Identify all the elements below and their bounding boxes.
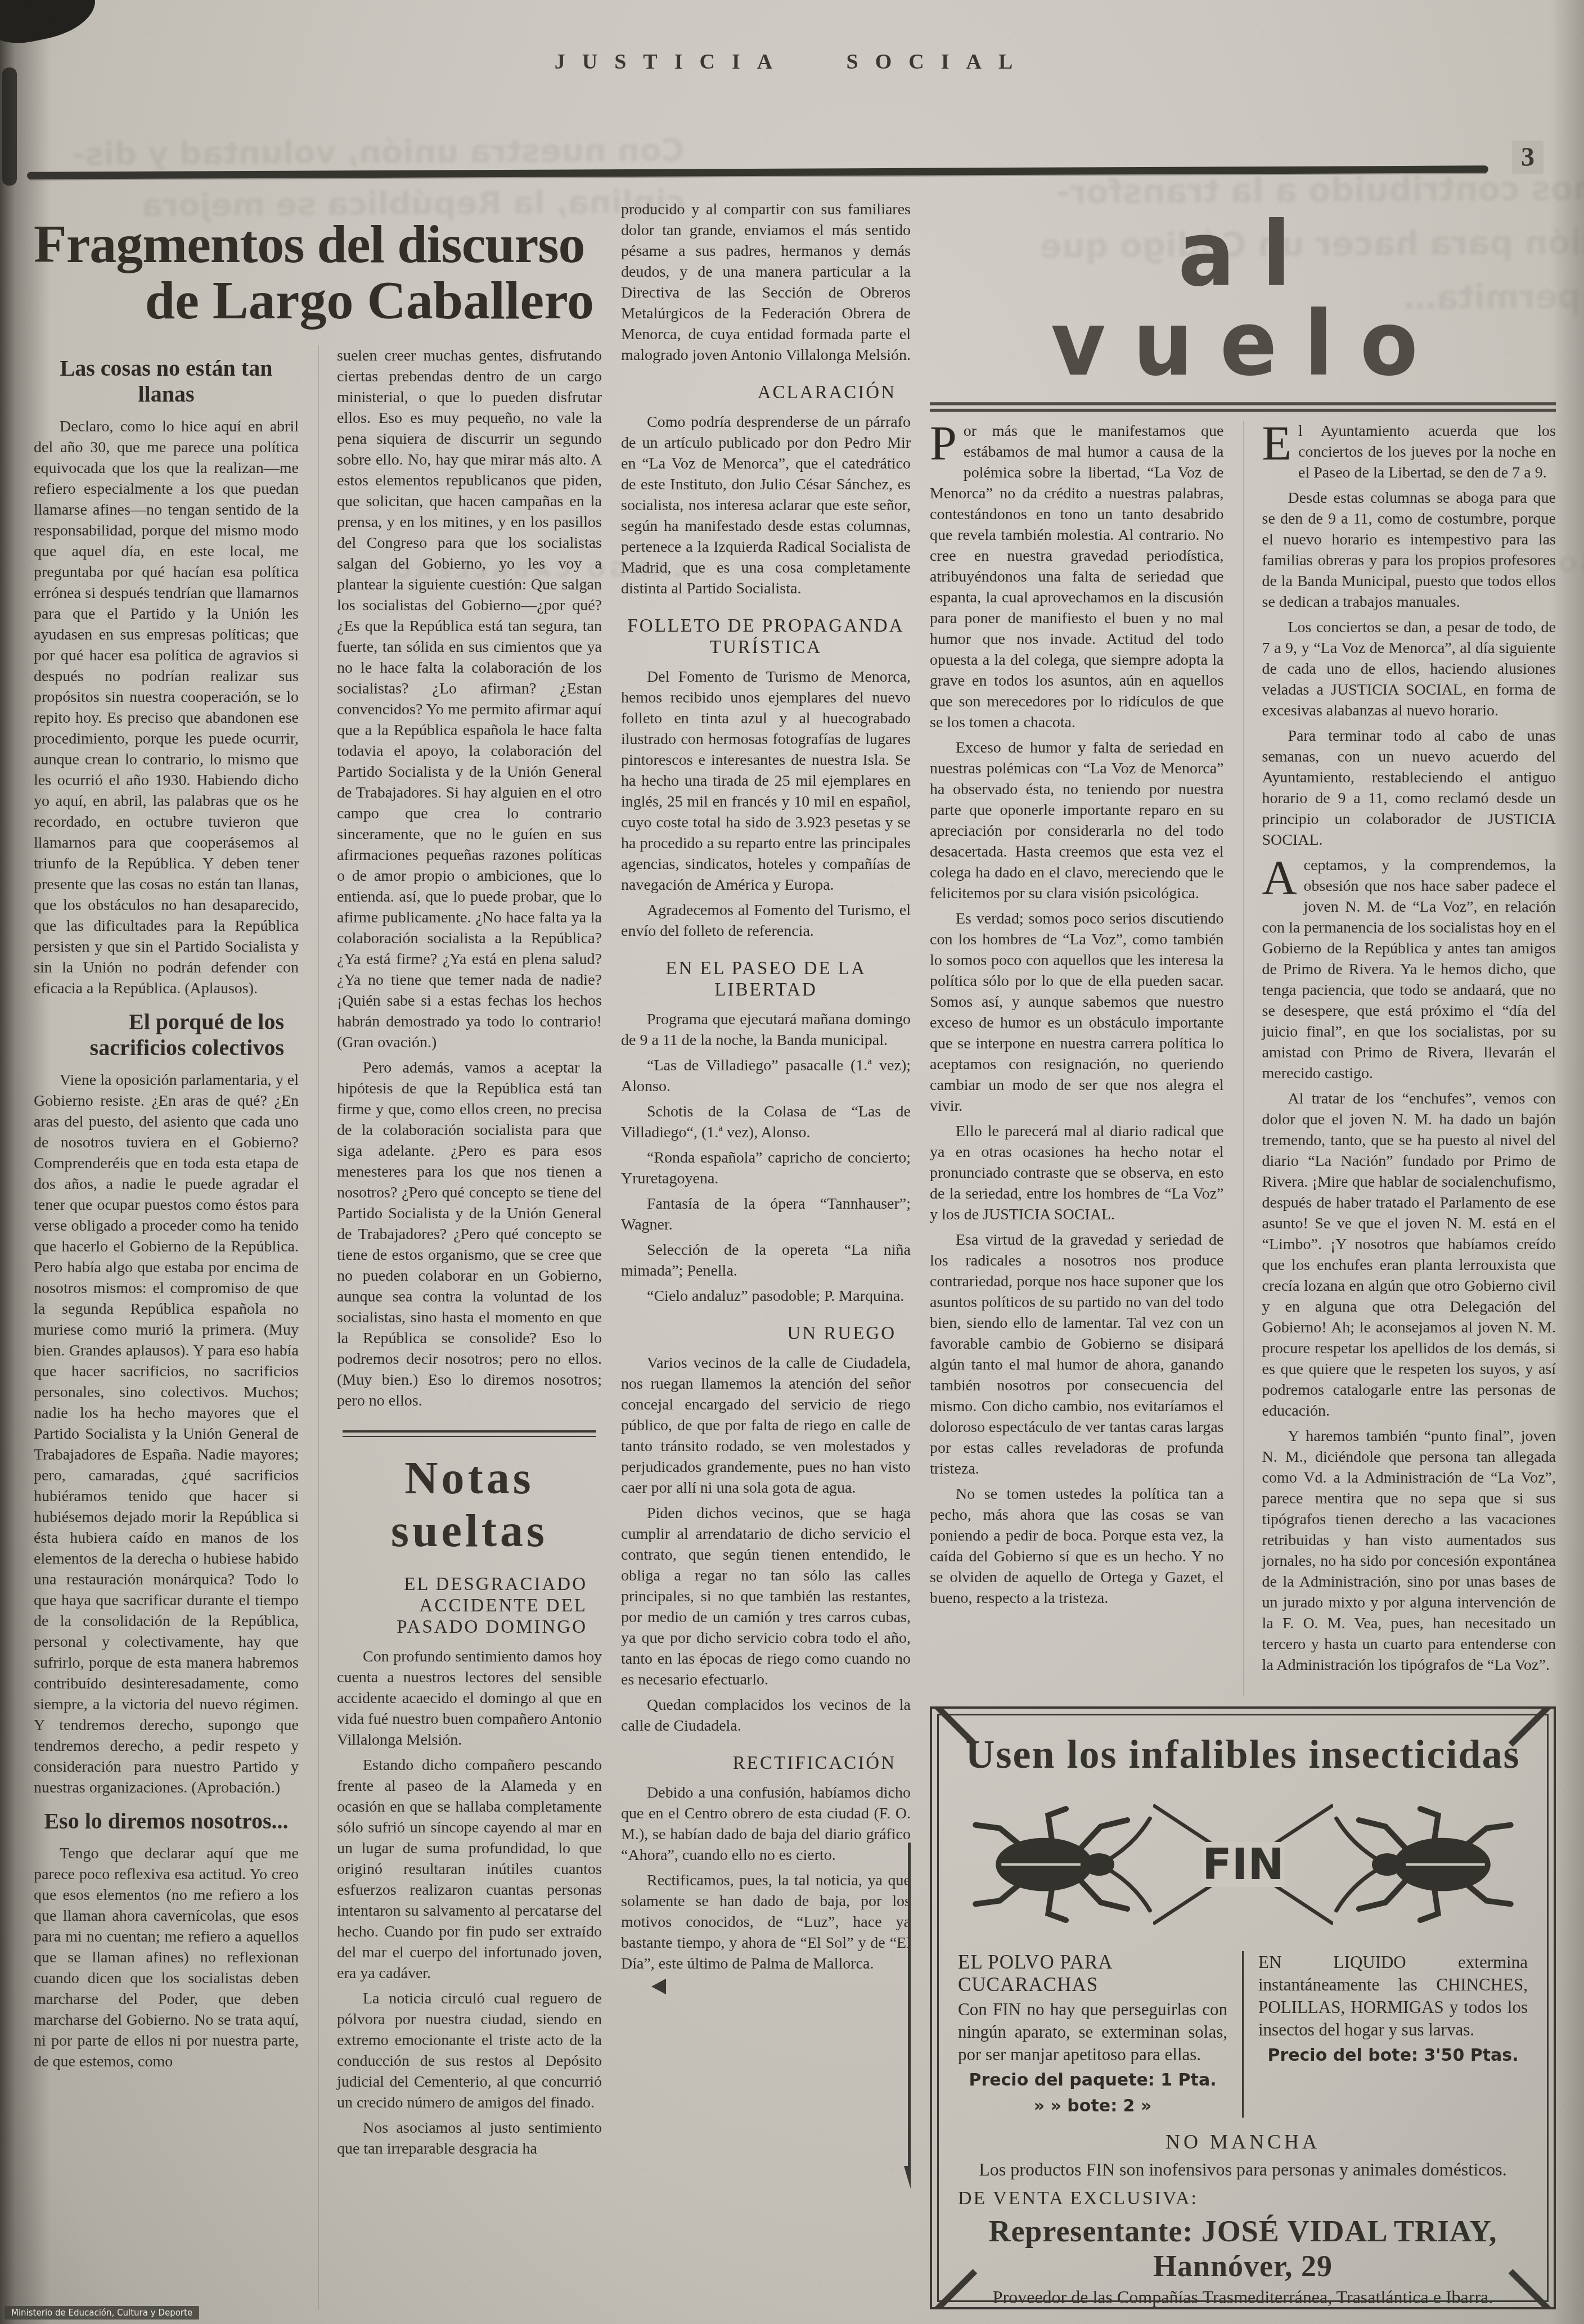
ad-powder-price-jar: » » bote: 2 » <box>958 2095 1227 2118</box>
pointer-arrow-icon <box>643 1979 666 1994</box>
paragraph: Del Fomento de Turismo de Menorca, hemos… <box>621 666 911 895</box>
paragraph: Estando dicho compañero pescando frente … <box>337 1755 602 1984</box>
ad-powder-body: Con FIN no hay que perseguirlas con ning… <box>958 1998 1227 2066</box>
speech-column-1: Las cosas no están tan llanasDeclaro, co… <box>34 345 299 2309</box>
drop-cap: E <box>1262 421 1299 463</box>
section-heading: ACLARACIÓN <box>621 382 911 404</box>
down-arrow-divider-icon <box>904 1843 911 2203</box>
paragraph: suelen creer muchas gentes, disfrutando … <box>337 345 602 1053</box>
al-vuelo-title: al vuelo <box>930 210 1556 412</box>
ad-corner-ornament <box>1509 1706 1556 1747</box>
ad-liquid-body: EN LIQUIDO extermina instantáneamente la… <box>1258 1951 1528 2041</box>
cockroach-icon <box>967 1800 1153 1929</box>
paragraph: Selección de la opereta “La niña mimada”… <box>621 1240 911 1281</box>
section-heading: Notas sueltas <box>337 1452 602 1558</box>
paragraph: “Cielo andaluz” pasodoble; P. Marquina. <box>621 1286 911 1307</box>
news-column-blocks: producido y al compartir con sus familia… <box>621 199 911 1974</box>
ad-corner-ornament <box>930 1706 977 1747</box>
paragraph: Y haremos también “punto final”, joven N… <box>1262 1426 1556 1676</box>
section-heading: Eso lo diremos nosotros... <box>34 1808 299 1834</box>
section-heading: RECTIFICACIÓN <box>621 1753 911 1774</box>
page-content: Fragmentos del discurso de Largo Caballe… <box>34 196 1556 2309</box>
section-heading: El porqué de los sacrificios colectivos <box>34 1009 299 1061</box>
paragraph: Agradecemos al Fomento del Turismo, el e… <box>621 900 911 942</box>
ad-powder-heading: EL POLVO PARA CUCARACHAS <box>958 1951 1227 1996</box>
ad-representative: Representante: JOSÉ VIDAL TRIAY, Hannóve… <box>958 2214 1528 2284</box>
speech-column-2: suelen creer muchas gentes, disfrutando … <box>318 345 602 2309</box>
paragraph: Como podría desprenderse de un párrafo d… <box>621 412 911 599</box>
ad-powder-price-package: Precio del paquete: 1 Pta. <box>958 2069 1227 2092</box>
paragraph: Exceso de humor y falta de seriedad en n… <box>930 737 1224 904</box>
news-column: producido y al compartir con sus familia… <box>621 196 911 2309</box>
paragraph: Para terminar todo al cabo de unas seman… <box>1262 726 1556 850</box>
ad-liquid-column: EN LIQUIDO extermina instantáneamente la… <box>1244 1951 1528 2118</box>
ad-brand-text: FIN <box>1202 1840 1284 1890</box>
ad-brand-mark: FIN <box>1153 1791 1333 1938</box>
section-heading: FOLLETO DE PROPAGANDA TURÍSTICA <box>621 616 911 659</box>
article-headline: Fragmentos del discurso de Largo Caballe… <box>34 216 602 328</box>
al-vuelo-column-2: El Ayuntamiento acuerda que los conciert… <box>1243 421 1556 1696</box>
ad-product-columns: EL POLVO PARA CUCARACHAS Con FIN no hay … <box>958 1951 1528 2118</box>
speech-columns: Las cosas no están tan llanasDeclaro, co… <box>34 345 602 2309</box>
paragraph: Rectificamos, pues, la tal noticia, ya q… <box>621 1870 911 1974</box>
paragraph: Fantasía de la ópera “Tannhauser”; Wagne… <box>621 1193 911 1235</box>
al-vuelo-section: al vuelo Por más que le manifestamos que… <box>930 196 1556 2309</box>
paragraph: Declaro, como lo hice aquí en abril del … <box>34 416 299 999</box>
al-vuelo-columns: Por más que le manifestamos que estábamo… <box>930 421 1556 1696</box>
headline-line2: de Largo Caballero <box>34 272 602 328</box>
masthead-title: JUSTICIA SOCIAL <box>0 49 1584 74</box>
paragraph: Con profundo sentimiento damos hoy cuent… <box>337 1646 602 1750</box>
ad-provider: Proveedor de las Compañías Trasmediterrá… <box>958 2287 1528 2308</box>
al-vuelo-column-1: Por más que le manifestamos que estábamo… <box>930 421 1224 1696</box>
paragraph: Ello le parecerá mal al diario radical q… <box>930 1121 1224 1225</box>
cockroach-icon <box>1333 1800 1519 1929</box>
paragraph: Al tratar de los “enchufes”, vemos con d… <box>1262 1088 1556 1421</box>
section-divider <box>343 1430 596 1437</box>
paragraph: Aceptamos, y la comprendemos, la obsesió… <box>1262 855 1556 1084</box>
ad-powder-column: EL POLVO PARA CUCARACHAS Con FIN no hay … <box>958 1951 1244 2118</box>
insecticide-advertisement: Usen los infalibles insecticidas <box>930 1706 1556 2309</box>
scan-ink-blot <box>2 67 17 186</box>
ad-no-mancha: NO MANCHA <box>958 2130 1528 2154</box>
ad-title: Usen los infalibles insecticidas <box>958 1731 1528 1778</box>
paragraph: Quedan complacidos los vecinos de la cal… <box>621 1695 911 1736</box>
paragraph: “Las de Villadiego” pasacalle (1.ª vez);… <box>621 1055 911 1097</box>
archive-stamp: Ministerio de Educación, Cultura y Depor… <box>4 2306 199 2320</box>
paragraph: Desde estas columnas se aboga para que s… <box>1262 488 1556 612</box>
paragraph: producido y al compartir con sus familia… <box>621 199 911 366</box>
article-largo-caballero: Fragmentos del discurso de Largo Caballe… <box>34 196 602 2309</box>
al-vuelo-header: al vuelo <box>930 216 1556 406</box>
paragraph: Es verdad; somos poco serios discutiendo… <box>930 908 1224 1116</box>
paragraph: Tengo que declarar aquí que me parece po… <box>34 1843 299 2072</box>
paragraph: Viene la oposición parlamentaria, y el G… <box>34 1070 299 1798</box>
headline-line1: Fragmentos del discurso <box>34 216 602 272</box>
paragraph: Los conciertos se dan, a pesar de todo, … <box>1262 617 1556 721</box>
paragraph: El Ayuntamiento acuerda que los conciert… <box>1262 421 1556 483</box>
paragraph: Varios vecinos de la calle de Ciudadela,… <box>621 1353 911 1498</box>
paragraph: Piden dichos vecinos, que se haga cumpli… <box>621 1503 911 1690</box>
section-heading: Las cosas no están tan llanas <box>34 355 299 407</box>
drop-cap: A <box>1262 855 1304 898</box>
ad-safety-note: Los productos FIN son inofensivos para p… <box>958 2159 1528 2180</box>
section-heading: EN EL PASEO DE LA LIBERTAD <box>621 958 911 1001</box>
section-heading: EL DESGRACIADO ACCIDENTE DEL PASADO DOMI… <box>337 1574 602 1638</box>
paragraph: Debido a una confusión, habíamos dicho q… <box>621 1782 911 1866</box>
ad-exclusive-sale: DE VENTA EXCLUSIVA: <box>958 2188 1528 2209</box>
paragraph: Por más que le manifestamos que estábamo… <box>930 421 1224 733</box>
drop-cap: P <box>930 421 964 463</box>
section-heading: UN RUEGO <box>621 1323 911 1345</box>
paragraph: Programa que ejecutará mañana domingo de… <box>621 1009 911 1051</box>
paragraph: La noticia circuló cual reguero de pólvo… <box>337 1988 602 2113</box>
paragraph: Esa virtud de la gravedad y seriedad de … <box>930 1229 1224 1479</box>
ad-illustration: FIN <box>958 1780 1528 1949</box>
paragraph: Pero además, vamos a aceptar la hipótesi… <box>337 1057 602 1411</box>
paragraph: “Ronda española” capricho de concierto; … <box>621 1147 911 1189</box>
paragraph: Schotis de la Colasa de “Las de Villadie… <box>621 1101 911 1143</box>
ad-liquid-price: Precio del bote: 3'50 Ptas. <box>1258 2044 1528 2067</box>
paragraph: No se tomen ustedes la política tan a pe… <box>930 1484 1224 1609</box>
paragraph: Nos asociamos al justo sentimiento que t… <box>337 2118 602 2159</box>
page-number: 3 <box>1512 141 1543 174</box>
